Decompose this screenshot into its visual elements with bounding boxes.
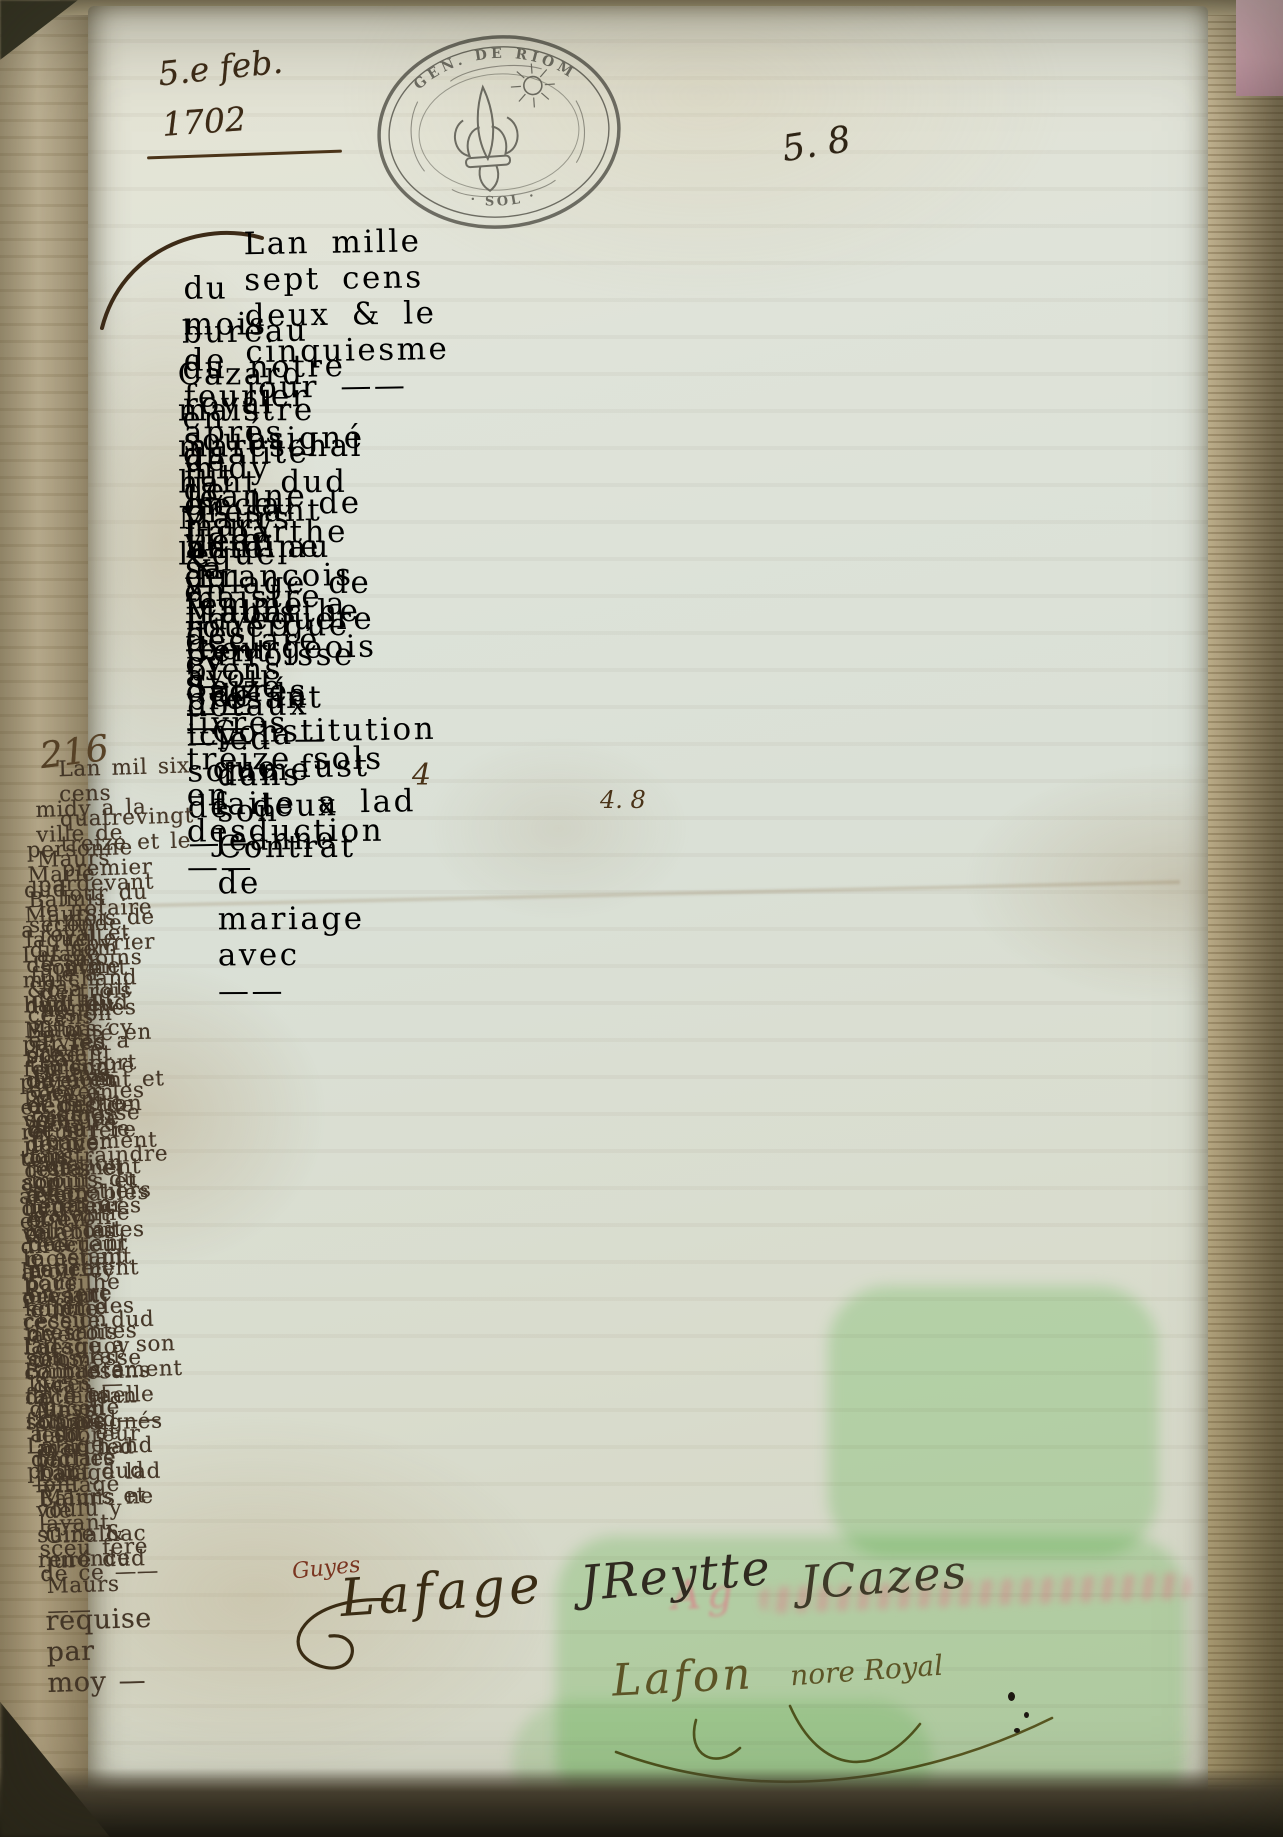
interline-mark: 4: [412, 758, 431, 793]
margin-amount: 216: [38, 728, 111, 777]
stamp-arc-bottom-text: · SOL ·: [468, 187, 539, 211]
act-1-line: led — dans son Contrat de mariage avec —…: [217, 721, 365, 1010]
tax-stamp: GEN. DE RIOM · SOL ·: [361, 17, 637, 247]
background-corner: [1236, 0, 1283, 96]
svg-text:· SOL ·: · SOL ·: [468, 187, 539, 211]
fleur-de-lis-icon: [452, 85, 522, 193]
interline-mark: 4. 8: [600, 786, 646, 814]
photo-shadow: [0, 1768, 1283, 1837]
manuscript-photo: GEN. DE RIOM · SOL · 5.e feb. 1702 5. 8 …: [0, 0, 1283, 1837]
digital-watermark-tint: [828, 1286, 1158, 1556]
act-2-line: soubsignés avec led Lafage lad Balmis ne…: [35, 1408, 167, 1587]
signature-lafon: Lafon: [611, 1648, 755, 1706]
page-block-fore-edge: [1206, 0, 1283, 1837]
act-2-line: requise par moy —: [45, 1603, 154, 1699]
year-annotation: 1702: [161, 99, 248, 144]
